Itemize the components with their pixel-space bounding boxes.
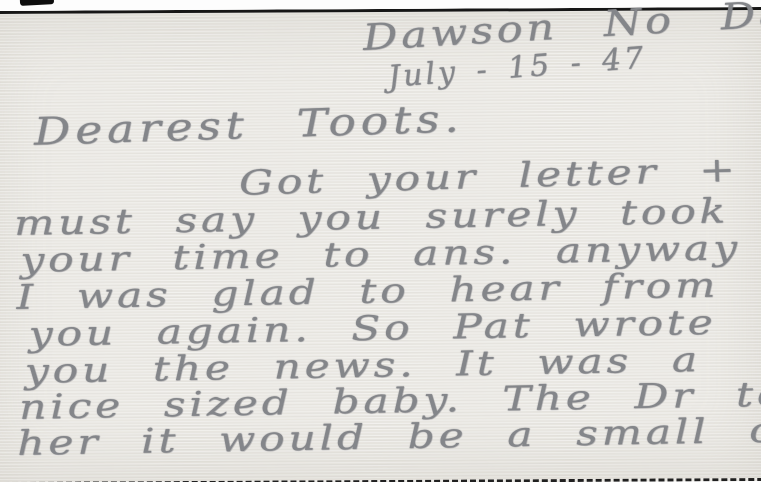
letter-greeting: Dearest Toots. xyxy=(33,99,464,152)
postcard-paper: Dawson No Dak July - 15 - 47 Dearest Too… xyxy=(0,7,761,482)
scanned-handwritten-letter: Dawson No Dak July - 15 - 47 Dearest Too… xyxy=(0,0,761,482)
scan-artifact-smudge xyxy=(20,0,54,6)
